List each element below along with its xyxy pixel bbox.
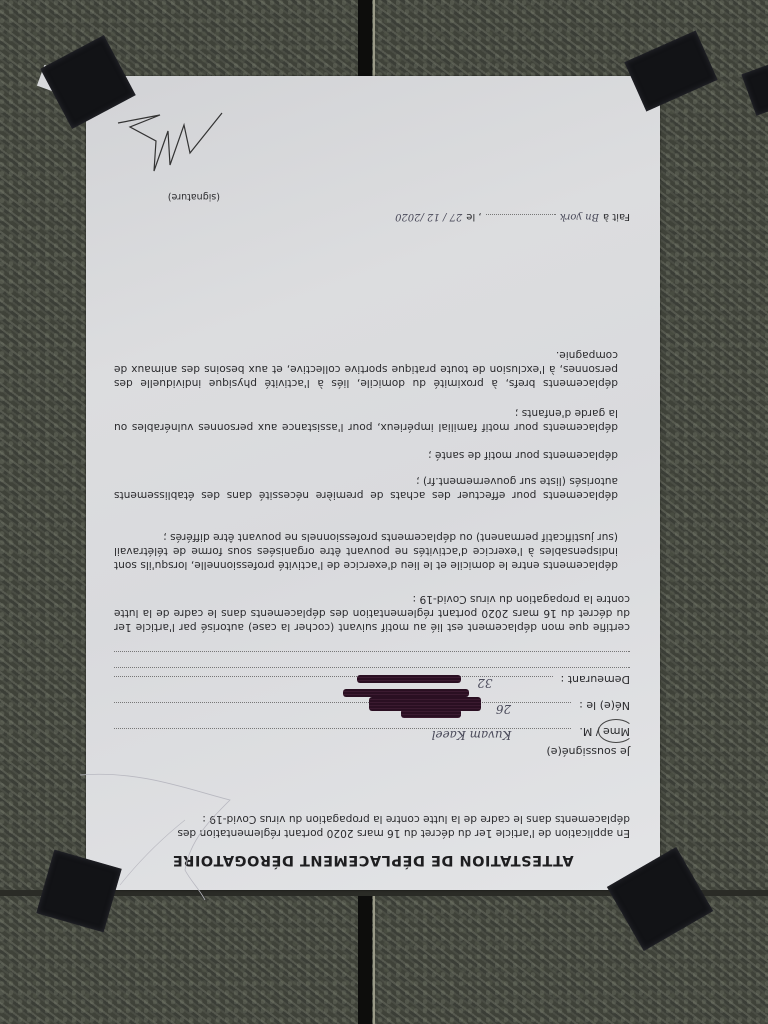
birth-label: Né(e) le : (579, 699, 630, 712)
fait-a-row: Fait à Bn york , le 27 / 12 /2020 (395, 211, 630, 222)
birth-row: Né(e) le : 26 (114, 699, 630, 712)
birth-value: 26 (496, 702, 511, 716)
soussigne-row: Je soussigné(e) (114, 745, 630, 758)
date-label: , le (466, 211, 481, 222)
address-field: 32 (114, 676, 553, 678)
address-row: Demeurant : 32 (114, 673, 630, 686)
motif-family: déplacements pour motif familial impérie… (114, 406, 618, 434)
black-tape-edge (741, 64, 768, 116)
attestation-document: ATTESTATION DE DÉPLACEMENT DÉROGATOIRE E… (86, 76, 660, 890)
address-label: Demeurant : (561, 673, 630, 686)
fait-a-label: Fait à (603, 211, 630, 222)
civility-label: Mme / M. (579, 725, 630, 738)
name-row: Mme / M. Kuvam Kaeel (114, 725, 630, 738)
certify-text: certifie que mon déplacement est lié au … (114, 592, 630, 634)
motif-health: déplacements pour motif de santé ; (114, 448, 618, 462)
address-line-2 (114, 667, 630, 668)
fait-a-dots (486, 214, 556, 216)
civility-circle-mark (598, 719, 634, 743)
fait-a-value: Bn york (560, 211, 599, 222)
birth-field: 26 (114, 702, 571, 704)
motif-professional: déplacements entre le domicile et le lie… (114, 530, 618, 572)
name-field: Kuvam Kaeel (114, 728, 571, 730)
intro-text: En application de l'article 1er du décre… (114, 812, 630, 840)
handwritten-signature (110, 105, 230, 185)
document-title: ATTESTATION DE DÉPLACEMENT DÉROGATOIRE (86, 852, 660, 868)
address-value: 32 (477, 676, 492, 690)
address-line-3 (114, 651, 630, 652)
motif-shopping: déplacements pour effectuer des achats d… (114, 474, 618, 502)
redaction-scribble (357, 675, 461, 683)
redaction-scribble (343, 689, 469, 697)
motif-exercise: déplacements brefs, à proximité du domic… (114, 348, 618, 390)
name-value: Kuvam Kaeel (432, 728, 512, 742)
soussigne-label: Je soussigné(e) (546, 745, 630, 758)
date-value: 27 / 12 /2020 (395, 211, 462, 222)
signature-label: (signature) (168, 191, 220, 202)
redaction-scribble (401, 709, 461, 718)
